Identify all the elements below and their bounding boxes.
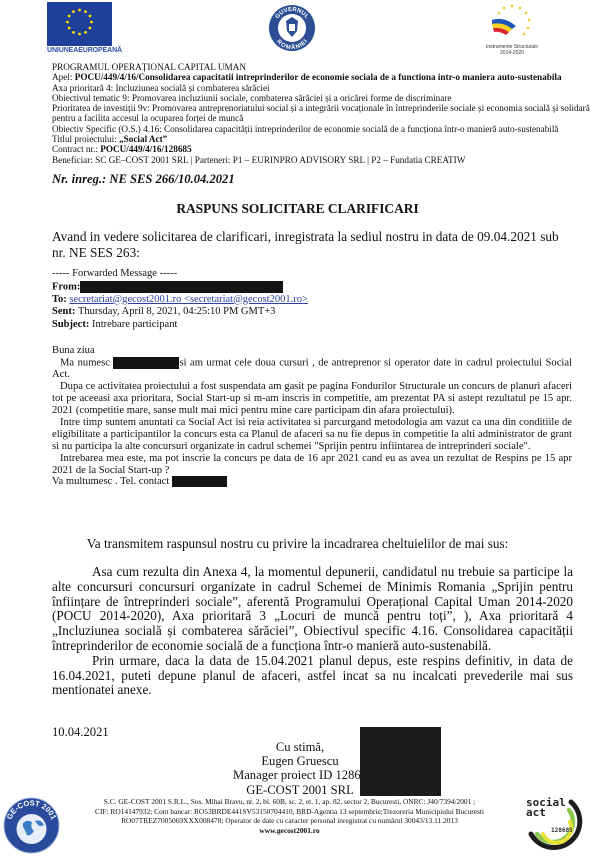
redacted-phone — [172, 476, 227, 487]
footer-line-2: CIF: RO14147932; Cont bancar: RO53BRDE44… — [62, 807, 517, 817]
response-paragraph-2: Prin urmare, daca la data de 15.04.2021 … — [52, 654, 573, 698]
document-date: 10.04.2021 — [52, 725, 109, 740]
social-act-logo: social act 128685 — [523, 794, 591, 856]
transmit-line: Va transmitem raspunsul nostru cu privir… — [0, 536, 595, 552]
signature-block: Cu stimă, Eugen Gruescu Manager proiect … — [230, 740, 370, 797]
thematic-objective: Obiectivul tematic 9: Promovarea incluzi… — [52, 93, 592, 103]
response-body: Asa cum rezulta din Anexa 4, la momentul… — [52, 565, 573, 698]
email-paragraph-4: Intrebarea mea este, ma pot inscrie la c… — [52, 453, 572, 477]
footer-website[interactable]: www.gecost2001.ro — [62, 826, 517, 836]
structural-instruments-logo — [482, 2, 542, 42]
eu-flag-logo — [47, 2, 112, 46]
to-line: To: secretariat@gecost2001.ro <secretari… — [52, 294, 308, 307]
sent-line: Sent: Thursday, April 8, 2021, 04:25:10 … — [52, 306, 308, 319]
redacted-signature-stamp — [360, 727, 441, 796]
response-paragraph-1: Asa cum rezulta din Anexa 4, la momentul… — [52, 565, 573, 654]
signature-name: Eugen Gruescu — [230, 754, 370, 768]
from-line: From: — [52, 281, 308, 294]
contract-label: Contract nr.: — [52, 144, 100, 154]
redacted-sender — [80, 281, 283, 293]
signature-company: GE-COST 2001 SRL — [230, 783, 370, 797]
subject-label: Subject: — [52, 319, 92, 330]
email-paragraph-3: Intre timp suntem anuntati ca Social Act… — [52, 417, 572, 453]
structural-instruments-label: Instrumente Structurale 2014-2020 — [472, 44, 552, 56]
project-title-line: Titlul proiectului: „Social Act” — [52, 134, 592, 144]
registration-number: Nr. inreg.: NE SES 266/10.04.2021 — [52, 172, 235, 187]
is-label-line2: 2014-2020 — [472, 50, 552, 56]
call-line: Apel: POCU/449/4/16/Consolidarea capacit… — [52, 72, 592, 82]
project-info-block: PROGRAMUL OPERAȚIONAL CAPITAL UMAN Apel:… — [52, 62, 592, 165]
email-closing-line: Va multumesc . Tel. contact — [52, 476, 572, 488]
signature-role: Manager proiect ID 12868 — [230, 768, 370, 782]
priority-axis: Axa prioritară 4: Incluziunea socială și… — [52, 83, 592, 93]
email-p1-start: Ma numesc — [60, 357, 113, 368]
email-closing: Va multumesc . Tel. contact — [52, 476, 172, 487]
footer-line-3: RO07TREZ7005069XXX008478; Operator de da… — [62, 816, 517, 826]
contract-value: POCU/449/4/16/128685 — [100, 144, 191, 154]
email-body: Buna ziua Ma numesc si am urmat cele dou… — [52, 345, 572, 488]
document-title: RASPUNS SOLICITARE CLARIFICARI — [0, 201, 595, 217]
intro-paragraph: Avand in vedere solicitarea de clarifica… — [52, 229, 572, 261]
call-label: Apel: — [52, 72, 75, 82]
subject-line: Subject: Intrebare participant — [52, 319, 308, 332]
redacted-name — [113, 357, 179, 369]
email-paragraph-1: Ma numesc si am urmat cele doua cursuri … — [52, 357, 572, 381]
from-label: From: — [52, 281, 80, 292]
email-greeting: Buna ziua — [52, 345, 572, 357]
forwarded-marker: ----- Forwarded Message ----- — [52, 268, 308, 281]
email-header: ----- Forwarded Message ----- From: To: … — [52, 268, 308, 331]
project-title-label: Titlul proiectului: — [52, 134, 119, 144]
to-label: To: — [52, 294, 69, 305]
investment-priority: Prioritatea de investiții 9v: Promovarea… — [52, 103, 592, 124]
beneficiary-line: Beneficiar: SC GE–COST 2001 SRL | Parten… — [52, 155, 592, 165]
program-name: PROGRAMUL OPERAȚIONAL CAPITAL UMAN — [52, 62, 592, 72]
sent-value: Thursday, April 8, 2021, 04:25:10 PM GMT… — [78, 306, 275, 317]
call-value: POCU/449/4/16/Consolidarea capacitatii i… — [75, 72, 562, 82]
social-act-logo-number: 128685 — [551, 827, 573, 834]
email-paragraph-2: Dupa ce activitatea proiectului a fost s… — [52, 381, 572, 417]
eu-label: UNIUNEAEUROPEANĂ — [47, 47, 122, 54]
sent-label: Sent: — [52, 306, 78, 317]
specific-objective: Obiectiv Specific (O.S.) 4.16: Consolida… — [52, 124, 592, 134]
gecost-logo: GE-COST 2001 — [3, 797, 60, 854]
to-email-link[interactable]: secretariat@gecost2001.ro <secretariat@g… — [69, 294, 307, 305]
footer-line-1: S.C. GE-COST 2001 S.R.L., Sos. Mihai Bra… — [62, 797, 517, 807]
footer-company-info: S.C. GE-COST 2001 S.R.L., Sos. Mihai Bra… — [62, 797, 517, 835]
subject-value: Intrebare participant — [92, 319, 177, 330]
signature-closing: Cu stimă, — [230, 740, 370, 754]
romanian-government-logo: GUVERNUL ROMÂNIEI — [268, 4, 316, 52]
social-act-logo-line2: act — [526, 806, 546, 819]
project-title-value: „Social Act” — [119, 134, 167, 144]
contract-line: Contract nr.: POCU/449/4/16/128685 — [52, 144, 592, 154]
